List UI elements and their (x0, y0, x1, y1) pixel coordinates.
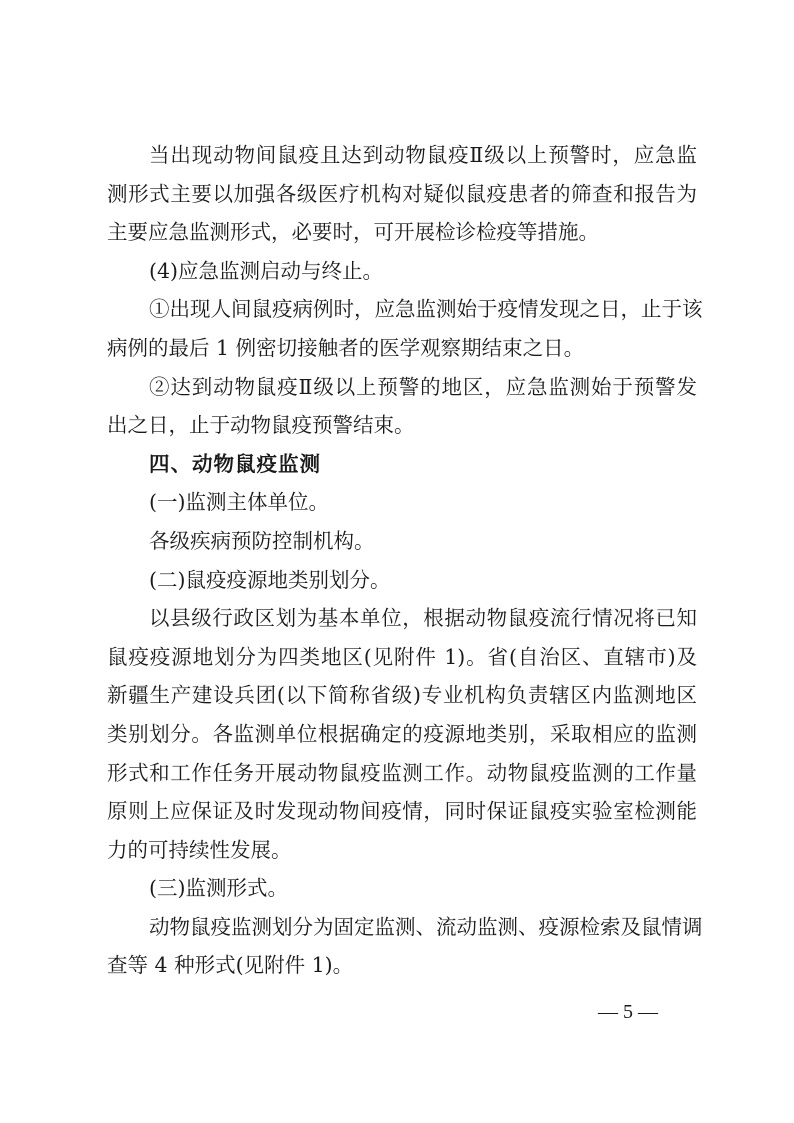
text-line: 原则上应保证及时发现动物间疫情，同时保证鼠疫实验室检测能 (107, 792, 697, 831)
text-line: 力的可持续性发展。 (107, 831, 697, 870)
text-line: (三)监测形式。 (107, 869, 697, 908)
text-line: 形式和工作任务开展动物鼠疫监测工作。动物鼠疫监测的工作量 (107, 754, 697, 793)
text-line: (4)应急监测启动与终止。 (107, 252, 697, 291)
text-line: 主要应急监测形式，必要时，可开展检诊检疫等措施。 (107, 213, 697, 252)
text-line: 病例的最后 1 例密切接触者的医学观察期结束之日。 (107, 329, 697, 368)
page-number: — 5 — (598, 1000, 658, 1024)
text-line: 动物鼠疫监测划分为固定监测、流动监测、疫源检索及鼠情调 (107, 908, 697, 947)
paragraph-item-1: ①出现人间鼠疫病例时，应急监测始于疫情发现之日，止于该 病例的最后 1 例密切接… (107, 290, 697, 367)
text-line: 各级疾病预防控制机构。 (107, 522, 697, 561)
subsection-2-title: (二)鼠疫疫源地类别划分。 (107, 561, 697, 600)
section-4-heading: 四、动物鼠疫监测 (107, 445, 697, 484)
text-line: 鼠疫疫源地划分为四类地区(见附件 1)。省(自治区、直辖市)及 (107, 638, 697, 677)
text-line: 类别划分。各监测单位根据确定的疫源地类别，采取相应的监测 (107, 715, 697, 754)
text-line: ①出现人间鼠疫病例时，应急监测始于疫情发现之日，止于该 (107, 290, 697, 329)
text-line: 当出现动物间鼠疫且达到动物鼠疫Ⅱ级以上预警时，应急监 (107, 136, 697, 175)
paragraph-emergency-monitoring-form: 当出现动物间鼠疫且达到动物鼠疫Ⅱ级以上预警时，应急监 测形式主要以加强各级医疗机… (107, 136, 697, 252)
page-body: 当出现动物间鼠疫且达到动物鼠疫Ⅱ级以上预警时，应急监 测形式主要以加强各级医疗机… (107, 136, 697, 985)
text-line: 查等 4 种形式(见附件 1)。 (107, 946, 697, 985)
text-line: (二)鼠疫疫源地类别划分。 (107, 561, 697, 600)
paragraph-item-2: ②达到动物鼠疫Ⅱ级以上预警的地区，应急监测始于预警发 出之日，止于动物鼠疫预警结… (107, 368, 697, 445)
subsection-4-title: (4)应急监测启动与终止。 (107, 252, 697, 291)
document-page: 当出现动物间鼠疫且达到动物鼠疫Ⅱ级以上预警时，应急监 测形式主要以加强各级医疗机… (0, 0, 794, 1123)
paragraph-focus-classification: 以县级行政区划为基本单位，根据动物鼠疫流行情况将已知 鼠疫疫源地划分为四类地区(… (107, 599, 697, 869)
text-line: 以县级行政区划为基本单位，根据动物鼠疫流行情况将已知 (107, 599, 697, 638)
heading-text: 四、动物鼠疫监测 (107, 445, 697, 484)
text-line: 出之日，止于动物鼠疫预警结束。 (107, 406, 697, 445)
subsection-1-title: (一)监测主体单位。 (107, 483, 697, 522)
text-line: 新疆生产建设兵团(以下简称省级)专业机构负责辖区内监测地区 (107, 676, 697, 715)
paragraph-monitoring-forms: 动物鼠疫监测划分为固定监测、流动监测、疫源检索及鼠情调 查等 4 种形式(见附件… (107, 908, 697, 985)
paragraph-monitoring-units: 各级疾病预防控制机构。 (107, 522, 697, 561)
subsection-3-title: (三)监测形式。 (107, 869, 697, 908)
text-line: ②达到动物鼠疫Ⅱ级以上预警的地区，应急监测始于预警发 (107, 368, 697, 407)
text-line: (一)监测主体单位。 (107, 483, 697, 522)
text-line: 测形式主要以加强各级医疗机构对疑似鼠疫患者的筛查和报告为 (107, 175, 697, 214)
